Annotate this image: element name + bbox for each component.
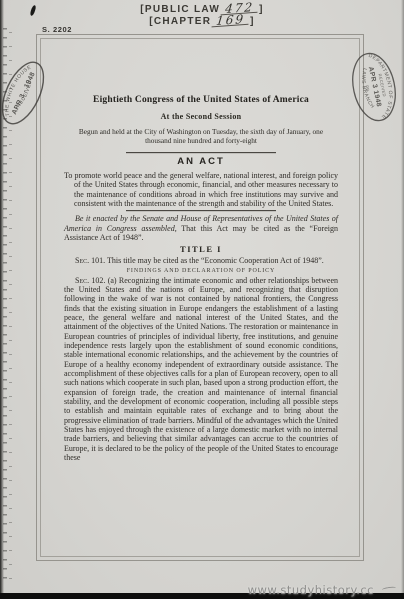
- divider-rule-bottom: [126, 210, 276, 211]
- state-stamp-date: APR 3 1948: [367, 66, 382, 108]
- bill-number: S. 2202: [42, 25, 72, 34]
- session-subtitle: At the Second Session: [64, 111, 338, 122]
- section-102-text: (a) Recognizing the intimate economic an…: [64, 276, 338, 463]
- congress-title: Eightieth Congress of the United States …: [64, 94, 338, 107]
- findings-heading: FINDINGS AND DECLARATION OF POLICY: [64, 267, 338, 275]
- convening-text: Begun and held at the City of Washington…: [75, 127, 327, 146]
- document-text-column: Eightieth Congress of the United States …: [64, 94, 338, 462]
- chapter-number-handwritten: 169: [212, 15, 250, 28]
- title-i-heading: TITLE I: [64, 244, 338, 255]
- enacting-clause: Be it enacted by the Senate and House of…: [64, 214, 338, 242]
- site-watermark: www.studyhistory.cc: [248, 583, 374, 597]
- white-house-stamp-arc-bottom: RECEIVED: [15, 78, 35, 110]
- white-house-stamp-date: APR 3 - 1948: [11, 71, 37, 116]
- section-102-label: Sec. 102.: [75, 276, 105, 285]
- state-stamp-initials: PB: [365, 85, 371, 92]
- act-preamble: To promote world peace and the general w…: [64, 171, 338, 208]
- margin-scribbles-decoration: [1, 28, 14, 584]
- chapter-close-bracket: ]: [250, 16, 255, 27]
- public-law-close-bracket: ]: [259, 4, 264, 15]
- scanned-document-page: [PUBLIC LAW 472 ] [CHAPTER 169 ] S. 2202…: [0, 0, 404, 599]
- public-law-line: [PUBLIC LAW 472 ]: [0, 4, 404, 15]
- divider-rule-top: [126, 152, 276, 153]
- watermark-squiggle-decoration: [382, 586, 396, 592]
- section-101-label: Sec. 101.: [75, 256, 105, 265]
- act-heading: AN ACT: [64, 156, 338, 168]
- chapter-prefix: [CHAPTER: [149, 16, 211, 27]
- state-stamp-received: RECEIVED: [377, 73, 387, 97]
- svg-text:DEPARTMENT OF STATE: DEPARTMENT OF STATE: [366, 50, 399, 121]
- state-stamp-arc-top: DEPARTMENT OF STATE: [366, 50, 399, 121]
- section-101-text: This title may be cited as the “Economic…: [105, 256, 324, 265]
- public-law-prefix: [PUBLIC LAW: [140, 4, 220, 15]
- section-102-paragraph: Sec. 102. (a) Recognizing the intimate e…: [64, 276, 338, 463]
- svg-text:RECEIVED: RECEIVED: [15, 78, 35, 110]
- section-101-paragraph: Sec. 101. This title may be cited as the…: [64, 256, 338, 265]
